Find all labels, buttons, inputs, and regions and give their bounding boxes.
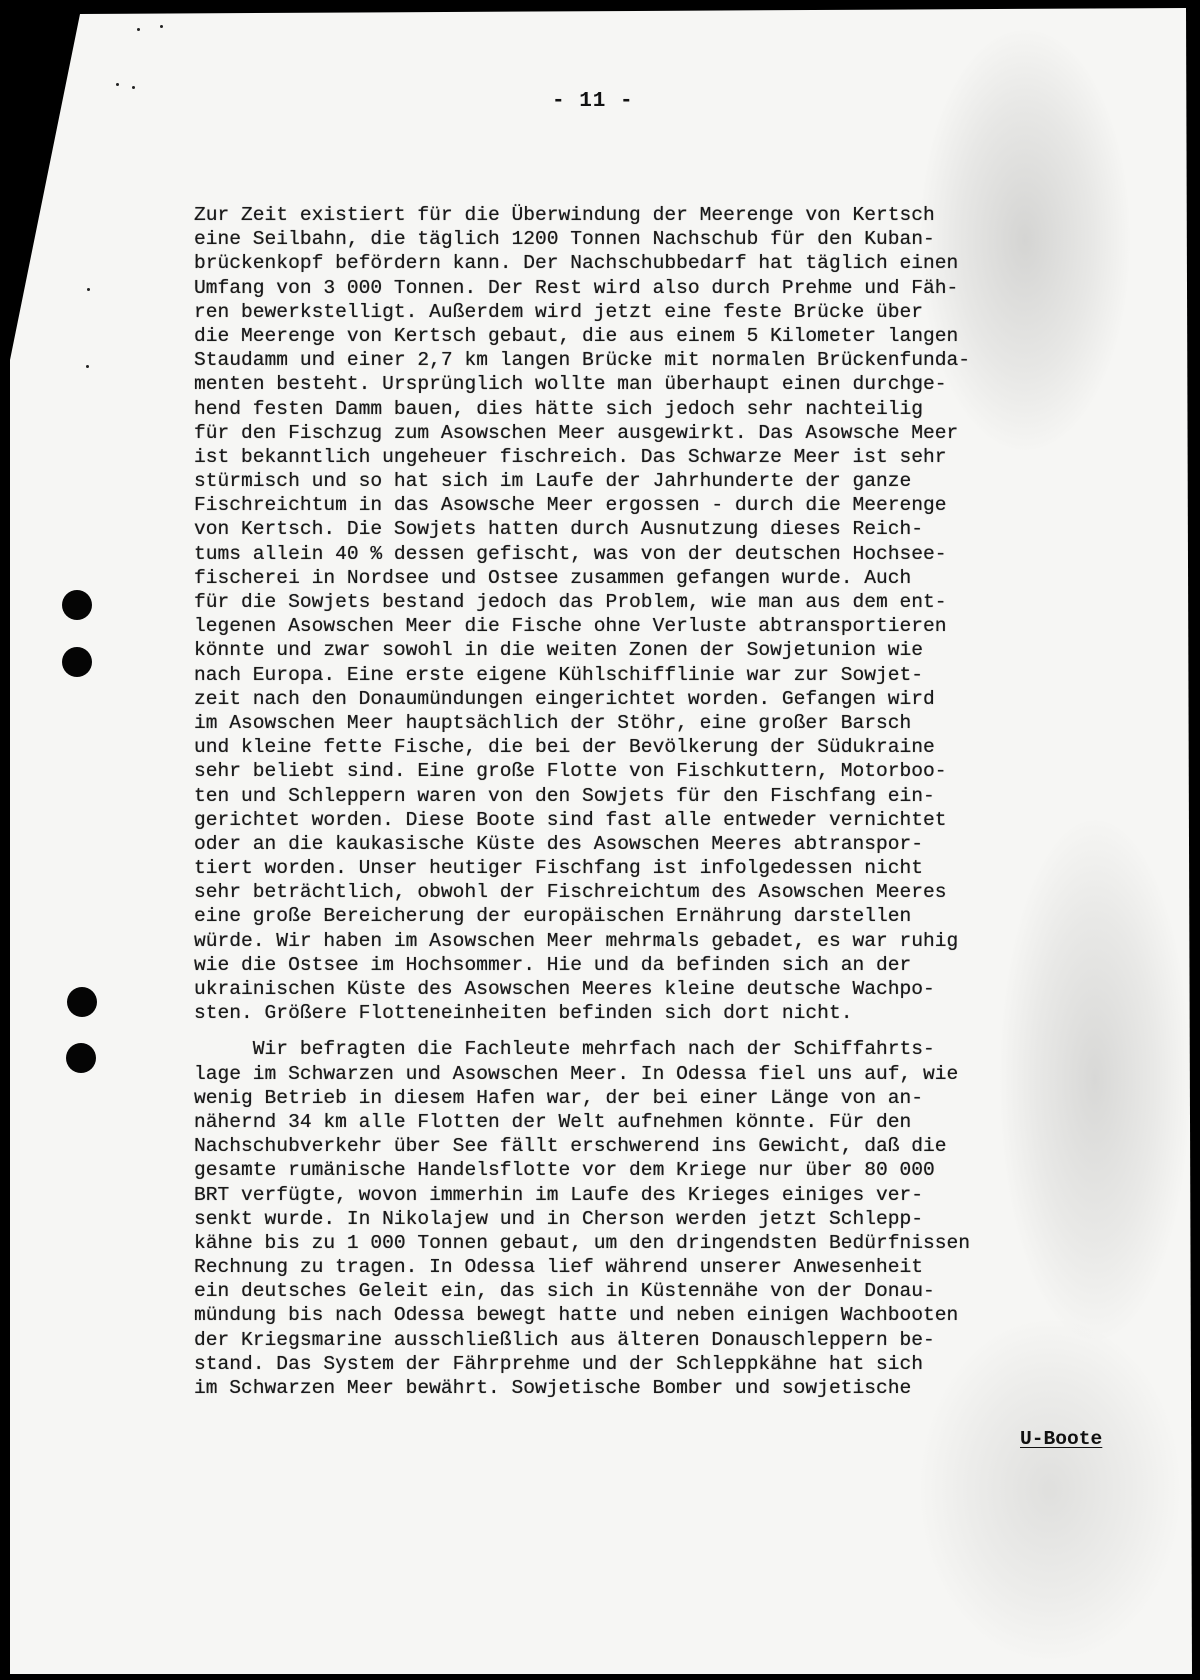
text-line: eine große Bereicherung der europäischen… bbox=[194, 904, 1154, 928]
text-line: nähernd 34 km alle Flotten der Welt aufn… bbox=[194, 1110, 1154, 1134]
text-line: Zur Zeit existiert für die Überwindung d… bbox=[194, 203, 1154, 227]
text-line: könnte und zwar sowohl in die weiten Zon… bbox=[194, 638, 1154, 662]
text-line: stand. Das System der Fährprehme und der… bbox=[194, 1352, 1154, 1376]
speck bbox=[160, 25, 163, 28]
text-line: Staudamm und einer 2,7 km langen Brücke … bbox=[194, 348, 1154, 372]
page-number: - 11 - bbox=[552, 90, 634, 113]
text-line: für die Sowjets bestand jedoch das Probl… bbox=[194, 590, 1154, 614]
speck bbox=[86, 365, 89, 368]
text-line: die Meerenge von Kertsch gebaut, die aus… bbox=[194, 324, 1154, 348]
text-line: fischerei in Nordsee und Ostsee zusammen… bbox=[194, 566, 1154, 590]
text-line: BRT verfügte, wovon immerhin im Laufe de… bbox=[194, 1183, 1154, 1207]
text-line: würde. Wir haben im Asowschen Meer mehrm… bbox=[194, 929, 1154, 953]
text-line: Wir befragten die Fachleute mehrfach nac… bbox=[194, 1037, 1154, 1061]
text-line: gesamte rumänische Handelsflotte vor dem… bbox=[194, 1158, 1154, 1182]
text-line: sten. Größere Flotteneinheiten befinden … bbox=[194, 1001, 1154, 1025]
punch-hole-icon bbox=[62, 647, 92, 677]
text-line: im Schwarzen Meer bewährt. Sowjetische B… bbox=[194, 1376, 1154, 1400]
text-line: im Asowschen Meer hauptsächlich der Stöh… bbox=[194, 711, 1154, 735]
text-line: ist bekanntlich ungeheuer fischreich. Da… bbox=[194, 445, 1154, 469]
text-line: der Kriegsmarine ausschließlich aus älte… bbox=[194, 1328, 1154, 1352]
paragraph-gap bbox=[194, 1025, 1154, 1037]
speck bbox=[132, 86, 135, 89]
text-line: senkt wurde. In Nikolajew und in Cherson… bbox=[194, 1207, 1154, 1231]
text-line: zeit nach den Donaumündungen eingerichte… bbox=[194, 687, 1154, 711]
text-line: von Kertsch. Die Sowjets hatten durch Au… bbox=[194, 517, 1154, 541]
text-line: ein deutsches Geleit ein, das sich in Kü… bbox=[194, 1279, 1154, 1303]
text-line: gerichtet worden. Diese Boote sind fast … bbox=[194, 808, 1154, 832]
text-line: Fischreichtum in das Asowsche Meer ergos… bbox=[194, 493, 1154, 517]
paragraph-1: Zur Zeit existiert für die Überwindung d… bbox=[194, 203, 1154, 1025]
punch-hole-icon bbox=[67, 987, 97, 1017]
text-line: eine Seilbahn, die täglich 1200 Tonnen N… bbox=[194, 227, 1154, 251]
text-line: legenen Asowschen Meer die Fische ohne V… bbox=[194, 614, 1154, 638]
text-line: hend festen Damm bauen, dies hätte sich … bbox=[194, 397, 1154, 421]
text-line: stürmisch und so hat sich im Laufe der J… bbox=[194, 469, 1154, 493]
text-line: menten besteht. Ursprünglich wollte man … bbox=[194, 372, 1154, 396]
speck bbox=[116, 83, 119, 86]
text-line: kähne bis zu 1 000 Tonnen gebaut, um den… bbox=[194, 1231, 1154, 1255]
text-line: tiert worden. Unser heutiger Fischfang i… bbox=[194, 856, 1154, 880]
body-text: Zur Zeit existiert für die Überwindung d… bbox=[194, 203, 1154, 1400]
text-line: und kleine fette Fische, die bei der Bev… bbox=[194, 735, 1154, 759]
text-line: nach Europa. Eine erste eigene Kühlschif… bbox=[194, 663, 1154, 687]
text-line: wenig Betrieb in diesem Hafen war, der b… bbox=[194, 1086, 1154, 1110]
catchword: U-Boote bbox=[1020, 1428, 1102, 1450]
speck bbox=[87, 288, 90, 291]
text-line: mündung bis nach Odessa bewegt hatte und… bbox=[194, 1303, 1154, 1327]
text-line: oder an die kaukasische Küste des Asowsc… bbox=[194, 832, 1154, 856]
text-line: ten und Schleppern waren von den Sowjets… bbox=[194, 784, 1154, 808]
text-line: sehr beträchtlich, obwohl der Fischreich… bbox=[194, 880, 1154, 904]
text-line: Umfang von 3 000 Tonnen. Der Rest wird a… bbox=[194, 276, 1154, 300]
text-line: wie die Ostsee im Hochsommer. Hie und da… bbox=[194, 953, 1154, 977]
punch-hole-icon bbox=[62, 590, 92, 620]
document-page: - 11 - Zur Zeit existiert für die Überwi… bbox=[0, 0, 1200, 1680]
punch-hole-icon bbox=[66, 1043, 96, 1073]
text-line: ukrainischen Küste des Asowschen Meeres … bbox=[194, 977, 1154, 1001]
speck bbox=[137, 28, 140, 31]
text-line: Rechnung zu tragen. In Odessa lief währe… bbox=[194, 1255, 1154, 1279]
text-line: Nachschubverkehr über See fällt erschwer… bbox=[194, 1134, 1154, 1158]
text-line: tums allein 40 % dessen gefischt, was vo… bbox=[194, 542, 1154, 566]
text-line: brückenkopf befördern kann. Der Nachschu… bbox=[194, 251, 1154, 275]
text-line: sehr beliebt sind. Eine große Flotte von… bbox=[194, 759, 1154, 783]
text-line: für den Fischzug zum Asowschen Meer ausg… bbox=[194, 421, 1154, 445]
text-line: ren bewerkstelligt. Außerdem wird jetzt … bbox=[194, 300, 1154, 324]
paragraph-2: Wir befragten die Fachleute mehrfach nac… bbox=[194, 1037, 1154, 1400]
text-line: lage im Schwarzen und Asowschen Meer. In… bbox=[194, 1062, 1154, 1086]
